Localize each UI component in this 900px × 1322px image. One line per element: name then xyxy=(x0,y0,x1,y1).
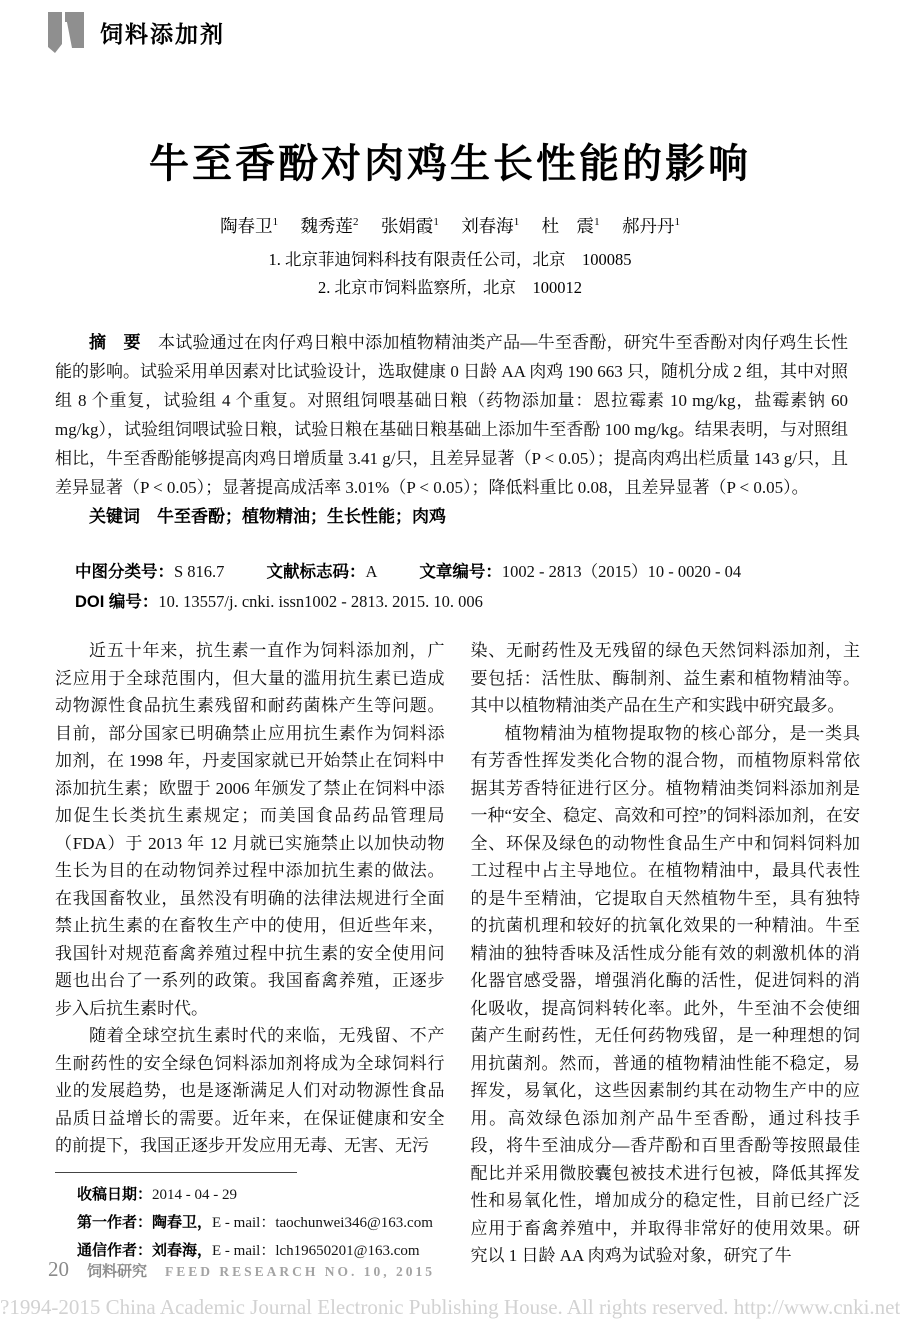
left-column: 近五十年来，抗生素一直作为饲料添加剂，广泛应用于全球范围内，但大量的滥用抗生素已… xyxy=(55,637,445,1270)
affiliation-2: 2. 北京市饲料监察所，北京 100012 xyxy=(0,274,900,302)
copyright-watermark: ?1994-2015 China Academic Journal Electr… xyxy=(0,1295,900,1320)
body-paragraph: 近五十年来，抗生素一直作为饲料添加剂，广泛应用于全球范围内，但大量的滥用抗生素已… xyxy=(55,637,445,1022)
author: 张娟霞1 xyxy=(381,216,439,236)
footnote-block: 收稿日期：2014 - 04 - 29 第一作者：陶春卫，E - mail：ta… xyxy=(55,1172,355,1265)
body-paragraph: 随着全球空抗生素时代的来临，无残留、不产生耐药性的安全绿色饲料添加剂将成为全球饲… xyxy=(55,1022,445,1160)
section-label: 饲料添加剂 xyxy=(100,16,225,49)
author: 郝丹丹1 xyxy=(622,216,680,236)
abstract-label: 摘 要 xyxy=(89,333,158,352)
footnote-divider xyxy=(55,1172,297,1173)
page-number: 20 xyxy=(48,1257,69,1282)
author: 魏秀莲2 xyxy=(300,216,358,236)
page-footer: 20 饲料研究 FEED RESEARCH NO. 10, 2015 xyxy=(48,1257,435,1282)
affiliation-1: 1. 北京菲迪饲料科技有限责任公司，北京 100085 xyxy=(0,246,900,274)
journal-article-page: 饲料添加剂 牛至香酚对肉鸡生长性能的影响 陶春卫1 魏秀莲2 张娟霞1 刘春海1… xyxy=(0,0,900,1322)
keywords-line: 关键词 牛至香酚；植物精油；生长性能；肉鸡 xyxy=(55,502,848,531)
body-paragraph: 植物精油为植物提取物的核心部分，是一类具有芳香性挥发类化合物的混合物，而植物原料… xyxy=(471,720,861,1270)
article-body: 近五十年来，抗生素一直作为饲料添加剂，广泛应用于全球范围内，但大量的滥用抗生素已… xyxy=(55,637,860,1270)
body-paragraph: 染、无耐药性及无残留的绿色天然饲料添加剂，主要包括：活性肽、酶制剂、益生素和植物… xyxy=(471,637,861,720)
article-meta: 中图分类号：S 816.7 文献标志码：A 文章编号：1002 - 2813（2… xyxy=(75,557,848,617)
page-fold-icon xyxy=(48,10,84,54)
author: 刘春海1 xyxy=(461,216,519,236)
keywords-label: 关键词 xyxy=(89,507,157,526)
meta-row-classification: 中图分类号：S 816.7 文献标志码：A 文章编号：1002 - 2813（2… xyxy=(75,557,848,587)
received-date: 收稿日期：2014 - 04 - 29 xyxy=(55,1181,355,1209)
keywords-text: 牛至香酚；植物精油；生长性能；肉鸡 xyxy=(157,507,446,526)
journal-name-cn: 饲料研究 xyxy=(87,1260,147,1281)
doi-number: DOI 编号：10. 13557/j. cnki. issn1002 - 281… xyxy=(75,587,483,617)
meta-row-doi: DOI 编号：10. 13557/j. cnki. issn1002 - 281… xyxy=(75,587,848,617)
author: 陶春卫1 xyxy=(220,216,278,236)
abstract-paragraph: 摘 要 本试验通过在肉仔鸡日粮中添加植物精油类产品—牛至香酚，研究牛至香酚对肉仔… xyxy=(55,328,848,502)
abstract-block: 摘 要 本试验通过在肉仔鸡日粮中添加植物精油类产品—牛至香酚，研究牛至香酚对肉仔… xyxy=(55,328,848,531)
abstract-text: 本试验通过在肉仔鸡日粮中添加植物精油类产品—牛至香酚，研究牛至香酚对肉仔鸡生长性… xyxy=(55,333,848,497)
article-id: 文章编号：1002 - 2813（2015）10 - 0020 - 04 xyxy=(419,557,741,587)
right-column: 染、无耐药性及无残留的绿色天然饲料添加剂，主要包括：活性肽、酶制剂、益生素和植物… xyxy=(471,637,861,1270)
journal-name-en: FEED RESEARCH NO. 10, 2015 xyxy=(165,1264,435,1280)
author-list: 陶春卫1 魏秀莲2 张娟霞1 刘春海1 杜 震1 郝丹丹1 xyxy=(0,213,900,238)
clc-number: 中图分类号：S 816.7 xyxy=(75,557,224,587)
document-code: 文献标志码：A xyxy=(266,557,377,587)
section-header: 饲料添加剂 xyxy=(48,10,225,54)
affiliations: 1. 北京菲迪饲料科技有限责任公司，北京 100085 2. 北京市饲料监察所，… xyxy=(0,246,900,302)
author: 杜 震1 xyxy=(542,216,600,236)
first-author-contact: 第一作者：陶春卫，E - mail：taochunwei346@163.com xyxy=(55,1209,355,1237)
